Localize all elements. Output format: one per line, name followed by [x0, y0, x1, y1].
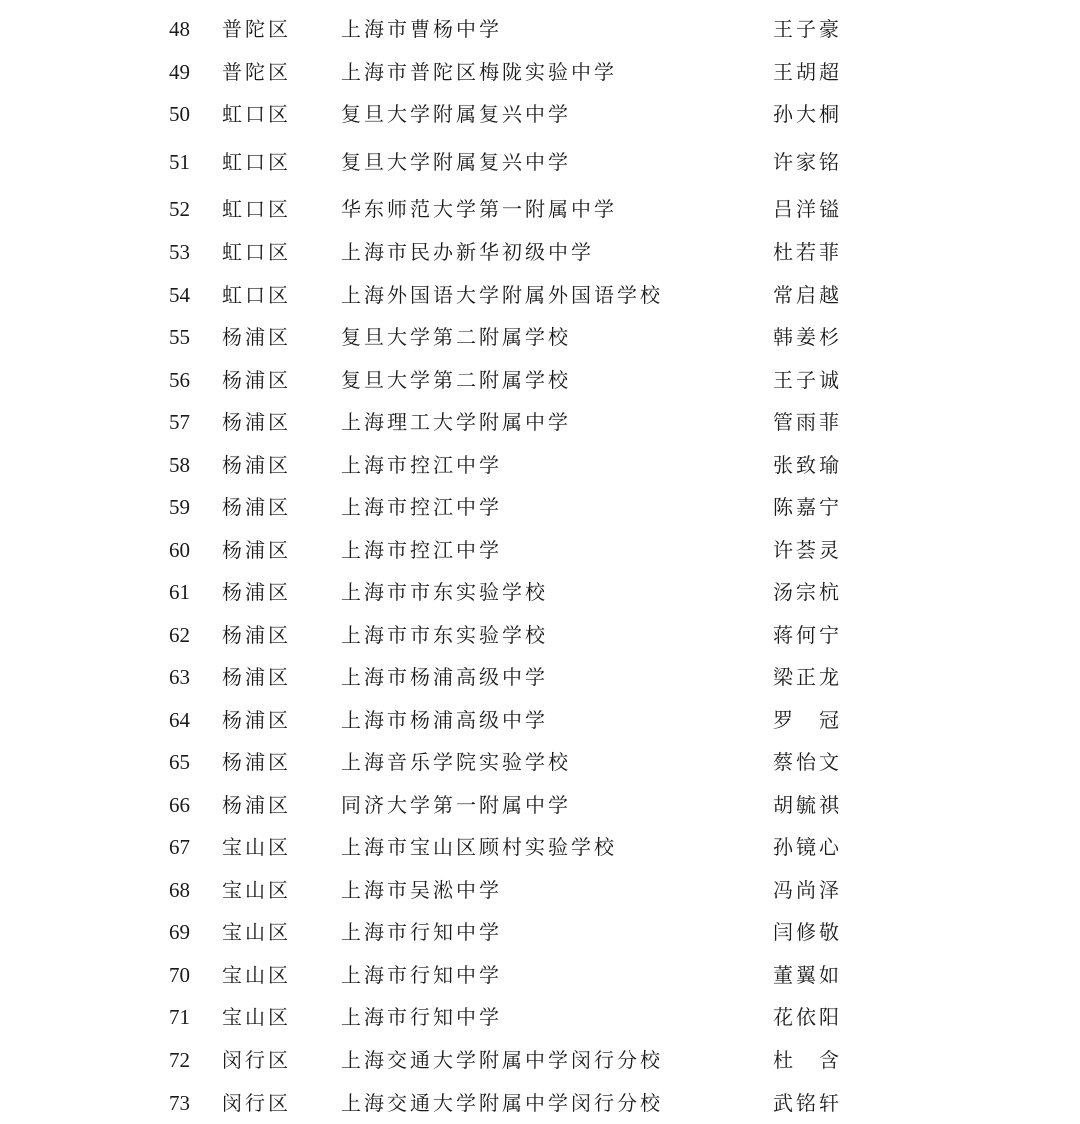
district-cell: 宝山区: [222, 1002, 291, 1032]
district-cell: 杨浦区: [222, 747, 291, 777]
school-cell: 上海市控江中学: [341, 535, 502, 565]
student-name-cell: 闫修敬: [773, 917, 842, 947]
school-cell: 复旦大学附属复兴中学: [341, 147, 571, 177]
school-cell: 上海市宝山区顾村实验学校: [341, 832, 617, 862]
school-cell: 上海交通大学附属中学闵行分校: [341, 1045, 663, 1075]
table-row: 64 杨浦区 上海市杨浦高级中学 罗 冠: [0, 705, 1080, 735]
school-cell: 上海市行知中学: [341, 917, 502, 947]
school-cell: 上海外国语大学附属外国语学校: [341, 280, 663, 310]
student-name-cell: 张致瑜: [773, 450, 842, 480]
table-row: 53 虹口区 上海市民办新华初级中学 杜若菲: [0, 237, 1080, 267]
district-cell: 虹口区: [222, 99, 291, 129]
table-row: 56 杨浦区 复旦大学第二附属学校 王子诚: [0, 365, 1080, 395]
district-cell: 虹口区: [222, 237, 291, 267]
table-row: 63 杨浦区 上海市杨浦高级中学 梁正龙: [0, 662, 1080, 692]
row-number: 65: [169, 747, 190, 777]
student-name-cell: 王子诚: [773, 365, 842, 395]
table-row: 72 闵行区 上海交通大学附属中学闵行分校 杜 含: [0, 1045, 1080, 1075]
row-number: 53: [169, 237, 190, 267]
row-number: 69: [169, 917, 190, 947]
district-cell: 杨浦区: [222, 450, 291, 480]
row-number: 64: [169, 705, 190, 735]
row-number: 55: [169, 322, 190, 352]
school-cell: 上海市曹杨中学: [341, 14, 502, 44]
student-name-cell: 韩姜杉: [773, 322, 842, 352]
school-cell: 上海市吴淞中学: [341, 875, 502, 905]
school-cell: 复旦大学第二附属学校: [341, 322, 571, 352]
student-name-cell: 武铭轩: [773, 1088, 842, 1118]
student-name-cell: 杜若菲: [773, 237, 842, 267]
school-cell: 复旦大学第二附属学校: [341, 365, 571, 395]
school-cell: 上海市普陀区梅陇实验中学: [341, 57, 617, 87]
row-number: 66: [169, 790, 190, 820]
student-name-cell: 花依阳: [773, 1002, 842, 1032]
school-cell: 上海市杨浦高级中学: [341, 705, 548, 735]
table-row: 67 宝山区 上海市宝山区顾村实验学校 孙镜心: [0, 832, 1080, 862]
row-number: 57: [169, 407, 190, 437]
row-number: 49: [169, 57, 190, 87]
table-row: 59 杨浦区 上海市控江中学 陈嘉宁: [0, 492, 1080, 522]
school-cell: 上海交通大学附属中学闵行分校: [341, 1088, 663, 1118]
school-cell: 上海市控江中学: [341, 450, 502, 480]
student-name-cell: 蔡怡文: [773, 747, 842, 777]
table-row: 61 杨浦区 上海市市东实验学校 汤宗杭: [0, 577, 1080, 607]
table-row: 65 杨浦区 上海音乐学院实验学校 蔡怡文: [0, 747, 1080, 777]
student-name-cell: 罗 冠: [773, 705, 842, 735]
row-number: 71: [169, 1002, 190, 1032]
district-cell: 宝山区: [222, 960, 291, 990]
row-number: 51: [169, 147, 190, 177]
table-row: 62 杨浦区 上海市市东实验学校 蒋何宁: [0, 620, 1080, 650]
table-row: 50 虹口区 复旦大学附属复兴中学 孙大桐: [0, 99, 1080, 129]
student-name-cell: 梁正龙: [773, 662, 842, 692]
district-cell: 闵行区: [222, 1045, 291, 1075]
student-name-cell: 王子豪: [773, 14, 842, 44]
district-cell: 普陀区: [222, 14, 291, 44]
student-name-cell: 王胡超: [773, 57, 842, 87]
student-name-cell: 陈嘉宁: [773, 492, 842, 522]
district-cell: 杨浦区: [222, 705, 291, 735]
table-row: 73 闵行区 上海交通大学附属中学闵行分校 武铭轩: [0, 1088, 1080, 1118]
table-row: 57 杨浦区 上海理工大学附属中学 管雨菲: [0, 407, 1080, 437]
district-cell: 杨浦区: [222, 322, 291, 352]
district-cell: 杨浦区: [222, 662, 291, 692]
table-row: 54 虹口区 上海外国语大学附属外国语学校 常启越: [0, 280, 1080, 310]
row-number: 63: [169, 662, 190, 692]
table-row: 71 宝山区 上海市行知中学 花依阳: [0, 1002, 1080, 1032]
school-cell: 上海市民办新华初级中学: [341, 237, 594, 267]
school-cell: 同济大学第一附属中学: [341, 790, 571, 820]
school-cell: 上海市市东实验学校: [341, 577, 548, 607]
student-name-cell: 许荟灵: [773, 535, 842, 565]
table-row: 68 宝山区 上海市吴淞中学 冯尚泽: [0, 875, 1080, 905]
student-name-cell: 杜 含: [773, 1045, 842, 1075]
table-row: 66 杨浦区 同济大学第一附属中学 胡毓祺: [0, 790, 1080, 820]
district-cell: 普陀区: [222, 57, 291, 87]
table-row: 69 宝山区 上海市行知中学 闫修敬: [0, 917, 1080, 947]
table-row: 58 杨浦区 上海市控江中学 张致瑜: [0, 450, 1080, 480]
district-cell: 杨浦区: [222, 790, 291, 820]
district-cell: 虹口区: [222, 147, 291, 177]
district-cell: 虹口区: [222, 280, 291, 310]
table-row: 48 普陀区 上海市曹杨中学 王子豪: [0, 14, 1080, 44]
student-name-cell: 吕洋镒: [773, 194, 842, 224]
student-name-cell: 汤宗杭: [773, 577, 842, 607]
district-cell: 宝山区: [222, 832, 291, 862]
table-row: 52 虹口区 华东师范大学第一附属中学 吕洋镒: [0, 194, 1080, 224]
school-cell: 上海理工大学附属中学: [341, 407, 571, 437]
district-cell: 杨浦区: [222, 577, 291, 607]
row-number: 73: [169, 1088, 190, 1118]
school-cell: 上海市控江中学: [341, 492, 502, 522]
district-cell: 杨浦区: [222, 620, 291, 650]
row-number: 68: [169, 875, 190, 905]
district-cell: 宝山区: [222, 875, 291, 905]
school-cell: 复旦大学附属复兴中学: [341, 99, 571, 129]
table-row: 70 宝山区 上海市行知中学 董翼如: [0, 960, 1080, 990]
school-cell: 上海音乐学院实验学校: [341, 747, 571, 777]
district-cell: 虹口区: [222, 194, 291, 224]
district-cell: 杨浦区: [222, 535, 291, 565]
student-name-cell: 常启越: [773, 280, 842, 310]
row-number: 60: [169, 535, 190, 565]
school-cell: 上海市行知中学: [341, 1002, 502, 1032]
row-number: 48: [169, 14, 190, 44]
student-name-cell: 胡毓祺: [773, 790, 842, 820]
student-name-cell: 冯尚泽: [773, 875, 842, 905]
district-cell: 杨浦区: [222, 492, 291, 522]
district-cell: 杨浦区: [222, 365, 291, 395]
school-cell: 上海市市东实验学校: [341, 620, 548, 650]
district-cell: 杨浦区: [222, 407, 291, 437]
school-cell: 上海市行知中学: [341, 960, 502, 990]
row-number: 59: [169, 492, 190, 522]
table-row: 51 虹口区 复旦大学附属复兴中学 许家铭: [0, 147, 1080, 177]
school-cell: 华东师范大学第一附属中学: [341, 194, 617, 224]
table-row: 55 杨浦区 复旦大学第二附属学校 韩姜杉: [0, 322, 1080, 352]
name-list-document: 48 普陀区 上海市曹杨中学 王子豪 49 普陀区 上海市普陀区梅陇实验中学 王…: [0, 0, 1080, 1124]
table-row: 49 普陀区 上海市普陀区梅陇实验中学 王胡超: [0, 57, 1080, 87]
row-number: 67: [169, 832, 190, 862]
row-number: 62: [169, 620, 190, 650]
student-name-cell: 董翼如: [773, 960, 842, 990]
row-number: 56: [169, 365, 190, 395]
school-cell: 上海市杨浦高级中学: [341, 662, 548, 692]
row-number: 72: [169, 1045, 190, 1075]
row-number: 54: [169, 280, 190, 310]
table-row: 60 杨浦区 上海市控江中学 许荟灵: [0, 535, 1080, 565]
row-number: 70: [169, 960, 190, 990]
row-number: 52: [169, 194, 190, 224]
district-cell: 闵行区: [222, 1088, 291, 1118]
row-number: 61: [169, 577, 190, 607]
district-cell: 宝山区: [222, 917, 291, 947]
student-name-cell: 蒋何宁: [773, 620, 842, 650]
student-name-cell: 管雨菲: [773, 407, 842, 437]
student-name-cell: 许家铭: [773, 147, 842, 177]
student-name-cell: 孙大桐: [773, 99, 842, 129]
row-number: 50: [169, 99, 190, 129]
row-number: 58: [169, 450, 190, 480]
student-name-cell: 孙镜心: [773, 832, 842, 862]
